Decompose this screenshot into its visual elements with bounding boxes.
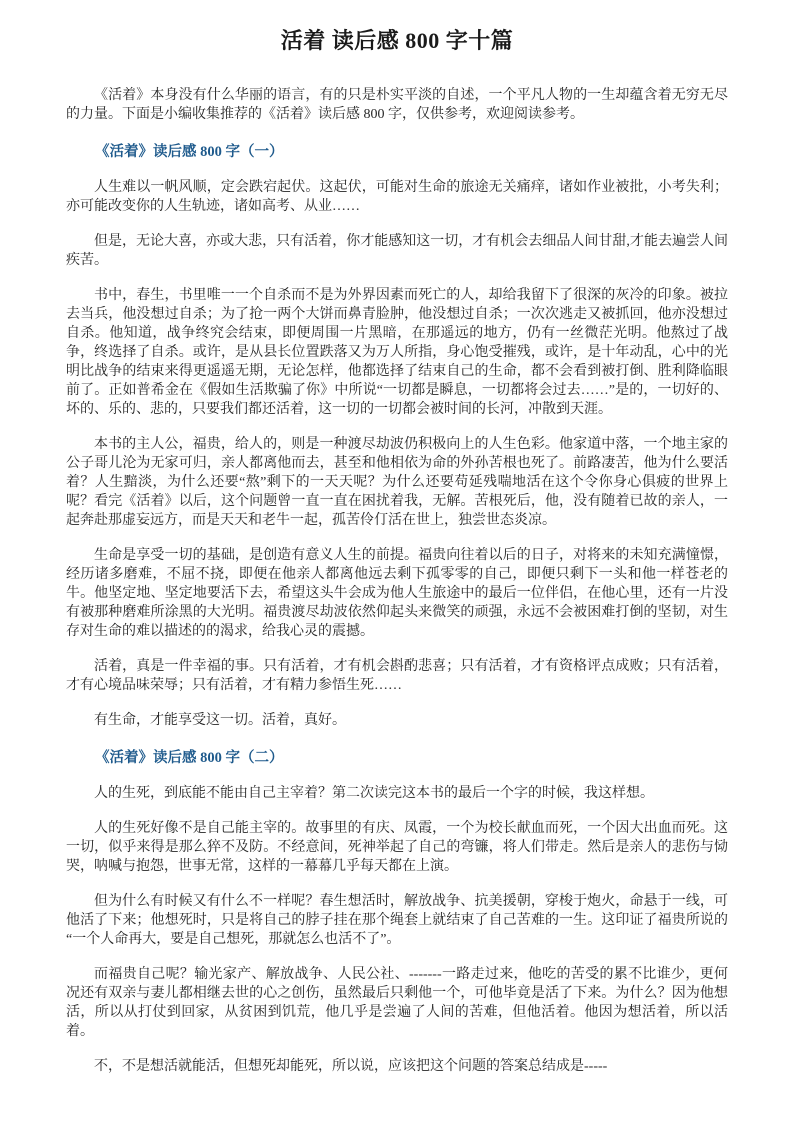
section-2-paragraph-2: 人的生死好像不是自己能主宰的。故事里的有庆、凤霞，一个为校长献血而死，一个因大出… — [66, 819, 728, 876]
page-title: 活着 读后感 800 字十篇 — [66, 26, 728, 56]
section-1-paragraph-4: 本书的主人公，福贵，给人的，则是一种渡尽劫波仍积极向上的人生色彩。他家道中落，一… — [66, 435, 728, 530]
section-1-paragraph-3: 书中，春生，书里唯一一个自杀而不是为外界因素而死亡的人，却给我留下了很深的灰冷的… — [66, 286, 728, 419]
section-1-paragraph-2: 但是，无论大喜，亦或大悲，只有活着，你才能感知这一切，才有机会去细品人间甘甜,才… — [66, 232, 728, 270]
section-2-heading: 《活着》读后感 800 字（二） — [66, 749, 728, 768]
section-1-paragraph-5: 生命是享受一切的基础，是创造有意义人生的前提。福贵向往着以后的日子，对将来的未知… — [66, 546, 728, 641]
section-2-paragraph-4: 而福贵自己呢？输光家产、解放战争、人民公社、-------一路走过来，他吃的苦受… — [66, 965, 728, 1041]
section-2-paragraph-3: 但为什么有时候又有什么不一样呢？春生想活时，解放战争、抗美援朝，穿梭于炮火，命悬… — [66, 892, 728, 949]
section-1-paragraph-7: 有生命，才能享受这一切。活着，真好。 — [66, 711, 728, 730]
document-page: 活着 读后感 800 字十篇 《活着》本身没有什么华丽的语言，有的只是朴实平淡的… — [0, 0, 794, 1123]
section-1-paragraph-6: 活着，真是一件幸福的事。只有活着，才有机会斟酌悲喜；只有活着，才有资格评点成败；… — [66, 657, 728, 695]
section-2-paragraph-1: 人的生死，到底能不能由自己主宰着？第二次读完这本书的最后一个字的时候，我这样想。 — [66, 784, 728, 803]
intro-paragraph: 《活着》本身没有什么华丽的语言，有的只是朴实平淡的自述，一个平凡人物的一生却蕴含… — [66, 86, 728, 124]
section-2-paragraph-5: 不，不是想活就能活，但想死却能死，所以说，应该把这个问题的答案总结成是----- — [66, 1057, 728, 1076]
section-1-heading: 《活着》读后感 800 字（一） — [66, 143, 728, 162]
section-1-paragraph-1: 人生难以一帆风顺，定会跌宕起伏。这起伏，可能对生命的旅途无关痛痒，诸如作业被批，… — [66, 178, 728, 216]
